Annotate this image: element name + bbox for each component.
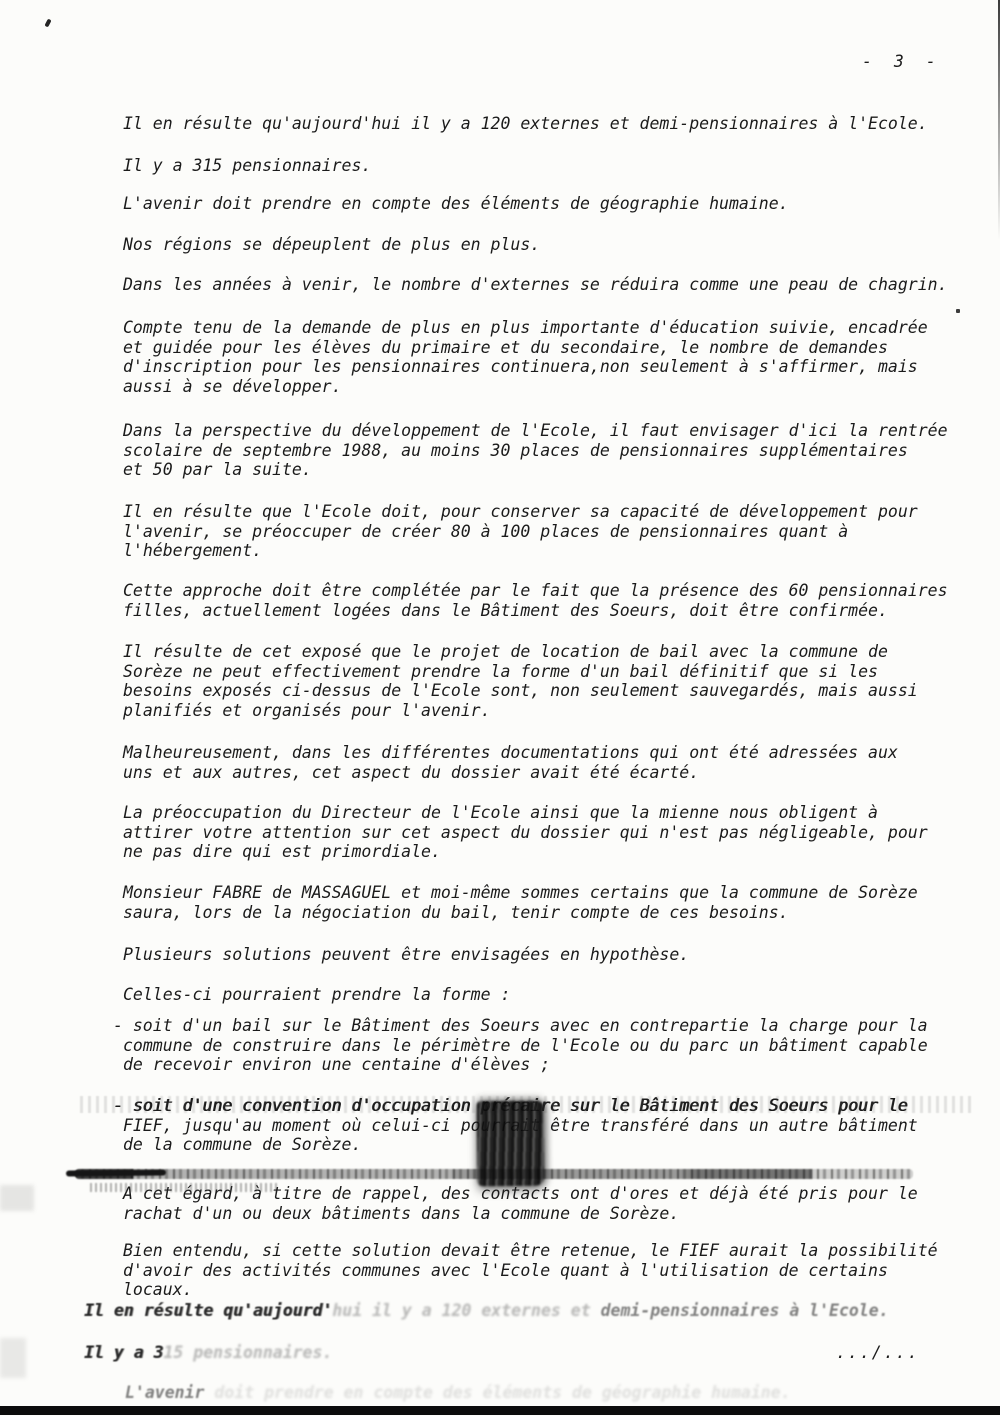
- page-number: - 3 -: [862, 52, 942, 72]
- paragraph-17: A cet égard, à titre de rappel, des cont…: [123, 1184, 993, 1223]
- smudge-streak-dark-dash: [66, 1169, 166, 1176]
- left-margin-smudge-2: [0, 1338, 26, 1378]
- paragraph-9: Cette approche doit être complétée par l…: [123, 581, 993, 620]
- ghost-line-1: Il en résulte qu'aujourd'hui il y a 120 …: [84, 1301, 889, 1321]
- bullet-item-2: - soit d'une convention d'occupation pré…: [113, 1096, 993, 1155]
- paragraph-6: Compte tenu de la demande de plus en plu…: [123, 318, 993, 396]
- scanned-document-page: - 3 - Il en résulte qu'aujourd'hui il y …: [0, 0, 1000, 1416]
- paragraph-14: Plusieurs solutions peuvent être envisag…: [123, 945, 993, 965]
- paragraph-13: Monsieur FABRE de MASSAGUEL et moi-même …: [123, 883, 993, 922]
- bullet-2-rest: FIEF, jusqu'au moment où celui-ci pourra…: [123, 1116, 918, 1155]
- paragraph-2: Il y a 315 pensionnaires.: [123, 156, 993, 176]
- bullet-item-1: - soit d'un bail sur le Bâtiment des Soe…: [113, 1016, 993, 1075]
- paragraph-12: La préoccupation du Directeur de l'Ecole…: [123, 803, 993, 862]
- paragraph-18: Bien entendu, si cette solution devait ê…: [123, 1241, 993, 1300]
- paragraph-1: Il en résulte qu'aujourd'hui il y a 120 …: [123, 114, 993, 134]
- paragraph-11: Malheureusement, dans les différentes do…: [123, 743, 993, 782]
- paragraph-3: L'avenir doit prendre en compte des élém…: [123, 194, 993, 214]
- smudge-streak: [75, 1169, 913, 1179]
- paragraph-10: Il résulte de cet exposé que le projet d…: [123, 642, 993, 720]
- paragraph-15: Celles-ci pourraient prendre la forme :: [123, 985, 993, 1005]
- paragraph-8: Il en résulte que l'Ecole doit, pour con…: [123, 502, 993, 561]
- left-margin-smudge-1: [0, 1185, 34, 1211]
- ink-speck-top-left: [44, 19, 51, 28]
- paragraph-7: Dans la perspective du développement de …: [123, 421, 993, 480]
- scan-bottom-bar: [0, 1406, 1000, 1415]
- continuation-mark: .../...: [836, 1343, 920, 1363]
- ghost-line-2: Il y a 315 pensionnaires.: [84, 1343, 332, 1363]
- ghost-line-3: L'avenir doit prendre en compte des élém…: [125, 1383, 791, 1403]
- ink-speck-mid-right: [956, 309, 960, 313]
- bullet-2-smudged-line: - soit d'une convention d'occupation pré…: [113, 1096, 908, 1115]
- paragraph-5: Dans les années à venir, le nombre d'ext…: [123, 275, 993, 295]
- paragraph-4: Nos régions se dépeuplent de plus en plu…: [123, 235, 993, 255]
